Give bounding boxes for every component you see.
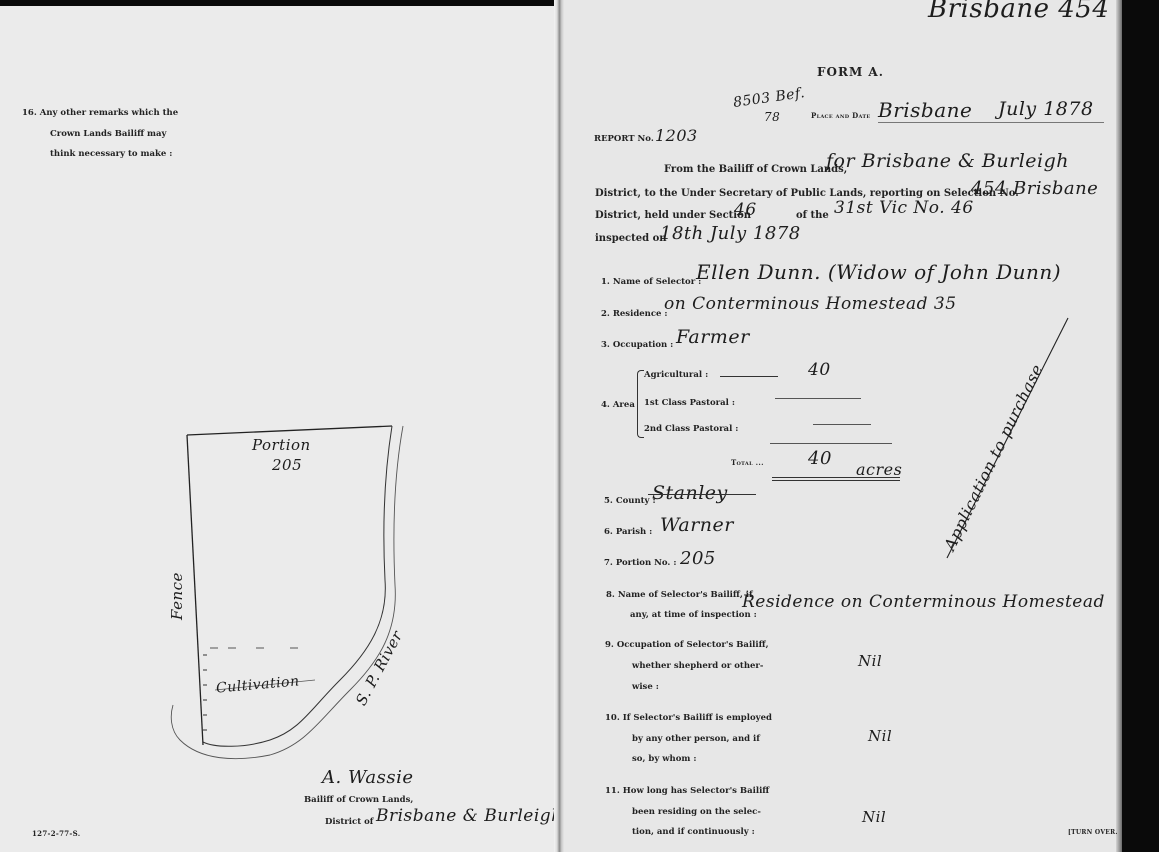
turn-over-note: [TURN OVER. — [1068, 829, 1118, 836]
diagonal-annotation-line — [0, 0, 1159, 852]
